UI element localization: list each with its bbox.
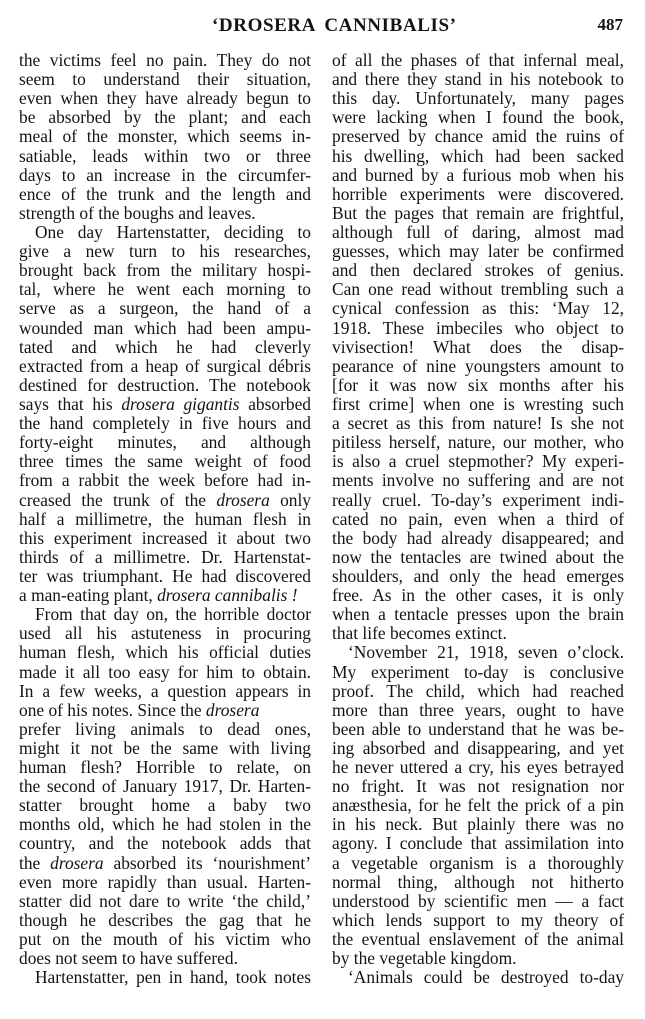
text-line: creased the trunk of the drosera only xyxy=(19,491,311,510)
running-title: ‘DROSERA CANNIBALIS’ xyxy=(212,15,457,37)
text-line: which lends support to my theory of xyxy=(332,911,624,930)
text-line: prefer living animals to dead ones, xyxy=(19,720,311,739)
text-line: anæsthesia, for he felt the prick of a p… xyxy=(332,796,624,815)
text-line: and then declared strokes of genius. xyxy=(332,261,624,280)
text-line: the body had already disappeared; and xyxy=(332,529,624,548)
text-line: free. As in the other cases, it is only xyxy=(332,586,624,605)
text-line: cynical confession as this: ‘May 12, xyxy=(332,299,624,318)
italic-term: drosera gigantis xyxy=(121,394,239,414)
text-line: From that day on, the horrible doctor xyxy=(19,605,311,624)
text-line: the drosera absorbed its ‘nourishment’ xyxy=(19,854,311,873)
text-line: shoulders, and only the head emerges xyxy=(332,567,624,586)
text-run: creased the trunk of the xyxy=(19,490,216,510)
page-number: 487 xyxy=(598,15,624,35)
text-line: human flesh? Horrible to relate, on xyxy=(19,758,311,777)
text-line: this day. Unfortunately, many pages xyxy=(332,89,624,108)
text-line: a man-eating plant, drosera cannibalis ! xyxy=(19,586,311,605)
text-line: first crime] when one is wresting such xyxy=(332,395,624,414)
text-line: 1918. These imbeciles who object to xyxy=(332,319,624,338)
text-line: thirds of a millimetre. Dr. Hartenstat- xyxy=(19,548,311,567)
italic-term: drosera xyxy=(50,853,103,873)
text-line: cated no pain, even when a third of xyxy=(332,510,624,529)
text-line: from a rabbit the week before had in- xyxy=(19,471,311,490)
text-line: horrible experiments were discovered. xyxy=(332,185,624,204)
italic-term: drosera xyxy=(216,490,269,510)
text-line: extracted from a heap of surgical débris xyxy=(19,357,311,376)
text-line: But the pages that remain are frightful, xyxy=(332,204,624,223)
text-line: and there they stand in his notebook to xyxy=(332,70,624,89)
text-line: been able to understand that he was be- xyxy=(332,720,624,739)
text-run: the xyxy=(19,853,50,873)
text-line: ing absorbed and disappearing, and yet xyxy=(332,739,624,758)
text-line: ‘Animals could be destroyed to-day xyxy=(332,968,624,987)
text-line: statter brought home a baby two xyxy=(19,796,311,815)
text-line: even more rapidly than usual. Harten- xyxy=(19,873,311,892)
text-line: One day Hartenstatter, deciding to xyxy=(19,223,311,242)
text-line: by the vegetable kingdom. xyxy=(332,949,624,968)
italic-term: drosera xyxy=(206,700,259,720)
text-line: guesses, which may later be confirmed xyxy=(332,242,624,261)
text-run: a man-eating plant, xyxy=(19,585,157,605)
text-line: preserved by chance amid the ruins of xyxy=(332,127,624,146)
text-line: he never uttered a cry, his eyes betraye… xyxy=(332,758,624,777)
text-line: the eventual enslavement of the animal xyxy=(332,930,624,949)
text-line: strength of the boughs and leaves. xyxy=(19,204,311,223)
text-line: My experiment to-day is conclusive xyxy=(332,663,624,682)
text-run: says that his xyxy=(19,394,121,414)
text-line: that life becomes extinct. xyxy=(332,624,624,643)
text-line: satiable, leads within two or three xyxy=(19,147,311,166)
text-line: pitiless herself, nature, our mother, wh… xyxy=(332,433,624,452)
text-line: months old, which he had stolen in the xyxy=(19,815,311,834)
text-line: though he describes the gag that he xyxy=(19,911,311,930)
text-line: is also a cruel stepmother? My experi- xyxy=(332,452,624,471)
left-column: the victims feel no pain. They do notsee… xyxy=(19,51,311,987)
text-run: absorbed its ‘nourishment’ xyxy=(104,853,311,873)
text-line: when a tentacle presses upon the brain xyxy=(332,605,624,624)
text-run: one of his notes. Since the xyxy=(19,700,206,720)
text-line: ter was triumphant. He had discovered xyxy=(19,567,311,586)
text-line: normal thing, although not hitherto xyxy=(332,873,624,892)
text-line: In a few weeks, a question appears in xyxy=(19,682,311,701)
text-run: absorbed xyxy=(240,394,311,414)
text-line: in his neck. But plainly there was no xyxy=(332,815,624,834)
text-line: a vegetable organism is a thoroughly xyxy=(332,854,624,873)
text-line: ence of the trunk and the length and xyxy=(19,185,311,204)
text-line: Hartenstatter, pen in hand, took notes xyxy=(19,968,311,987)
text-line: days to an increase in the circumfer- xyxy=(19,166,311,185)
text-line: the victims feel no pain. They do not xyxy=(19,51,311,70)
text-line: pearance of nine youngsters amount to xyxy=(332,357,624,376)
text-line: meal of the monster, which seems in- xyxy=(19,127,311,146)
text-line: although full of daring, almost mad xyxy=(332,223,624,242)
text-line: were lacking when I found the book, xyxy=(332,108,624,127)
text-line: the second of January 1917, Dr. Harten- xyxy=(19,777,311,796)
text-line: destined for destruction. The notebook xyxy=(19,376,311,395)
text-line: country, and the notebook adds that xyxy=(19,834,311,853)
text-line: seem to understand their situation, xyxy=(19,70,311,89)
text-line: vivisection! What does the disap- xyxy=(332,338,624,357)
text-line: three times the same weight of food xyxy=(19,452,311,471)
text-line: really cruel. To-day’s experiment indi- xyxy=(332,491,624,510)
text-line: [for it was now six months after his xyxy=(332,376,624,395)
text-line: half a millimetre, the human flesh in xyxy=(19,510,311,529)
text-line: one of his notes. Since the drosera xyxy=(19,701,311,720)
text-line: used all his astuteness in procuring xyxy=(19,624,311,643)
text-line: and burned by a furious mob when his xyxy=(332,166,624,185)
text-line: Can one read without trembling such a xyxy=(332,280,624,299)
text-line: made it all too easy for him to obtain. xyxy=(19,663,311,682)
text-line: tal, where he went each morning to xyxy=(19,280,311,299)
text-line: tated and which he had cleverly xyxy=(19,338,311,357)
text-line: the hand completely in five hours and xyxy=(19,414,311,433)
text-line: this experiment increased it about two xyxy=(19,529,311,548)
italic-term: drosera cannibalis ! xyxy=(157,585,297,605)
text-line: a secret as this from nature! Is she not xyxy=(332,414,624,433)
text-line: ments involve no suffering and are not xyxy=(332,471,624,490)
text-line: no fright. It was not resignation nor xyxy=(332,777,624,796)
text-line: does not seem to have suffered. xyxy=(19,949,311,968)
running-head: ‘DROSERA CANNIBALIS’ 487 xyxy=(0,15,645,39)
text-line: even when they have already begun to xyxy=(19,89,311,108)
text-line: now the tentacles are twined about the xyxy=(332,548,624,567)
text-line: ‘November 21, 1918, seven o’clock. xyxy=(332,643,624,662)
text-line: human flesh, which his official duties xyxy=(19,643,311,662)
text-line: his dwelling, which had been sacked xyxy=(332,147,624,166)
text-line: serve as a surgeon, the hand of a xyxy=(19,299,311,318)
text-line: proof. The child, which had reached xyxy=(332,682,624,701)
text-line: agony. I conclude that assimilation into xyxy=(332,834,624,853)
right-column: of all the phases of that infernal meal,… xyxy=(332,51,624,987)
text-line: understood by scientific men — a fact xyxy=(332,892,624,911)
text-line: put on the mouth of his victim who xyxy=(19,930,311,949)
text-line: might it not be the same with living xyxy=(19,739,311,758)
text-line: of all the phases of that infernal meal, xyxy=(332,51,624,70)
text-run: only xyxy=(270,490,311,510)
text-line: give a new turn to his researches, xyxy=(19,242,311,261)
text-line: says that his drosera gigantis absorbed xyxy=(19,395,311,414)
text-line: more than three years, ought to have xyxy=(332,701,624,720)
text-line: forty-eight minutes, and although xyxy=(19,433,311,452)
text-line: brought back from the military hospi- xyxy=(19,261,311,280)
book-page: ‘DROSERA CANNIBALIS’ 487 the victims fee… xyxy=(0,0,645,1019)
text-line: statter did not dare to write ‘the child… xyxy=(19,892,311,911)
text-line: wounded man which had been ampu- xyxy=(19,319,311,338)
text-line: be absorbed by the plant; and each xyxy=(19,108,311,127)
